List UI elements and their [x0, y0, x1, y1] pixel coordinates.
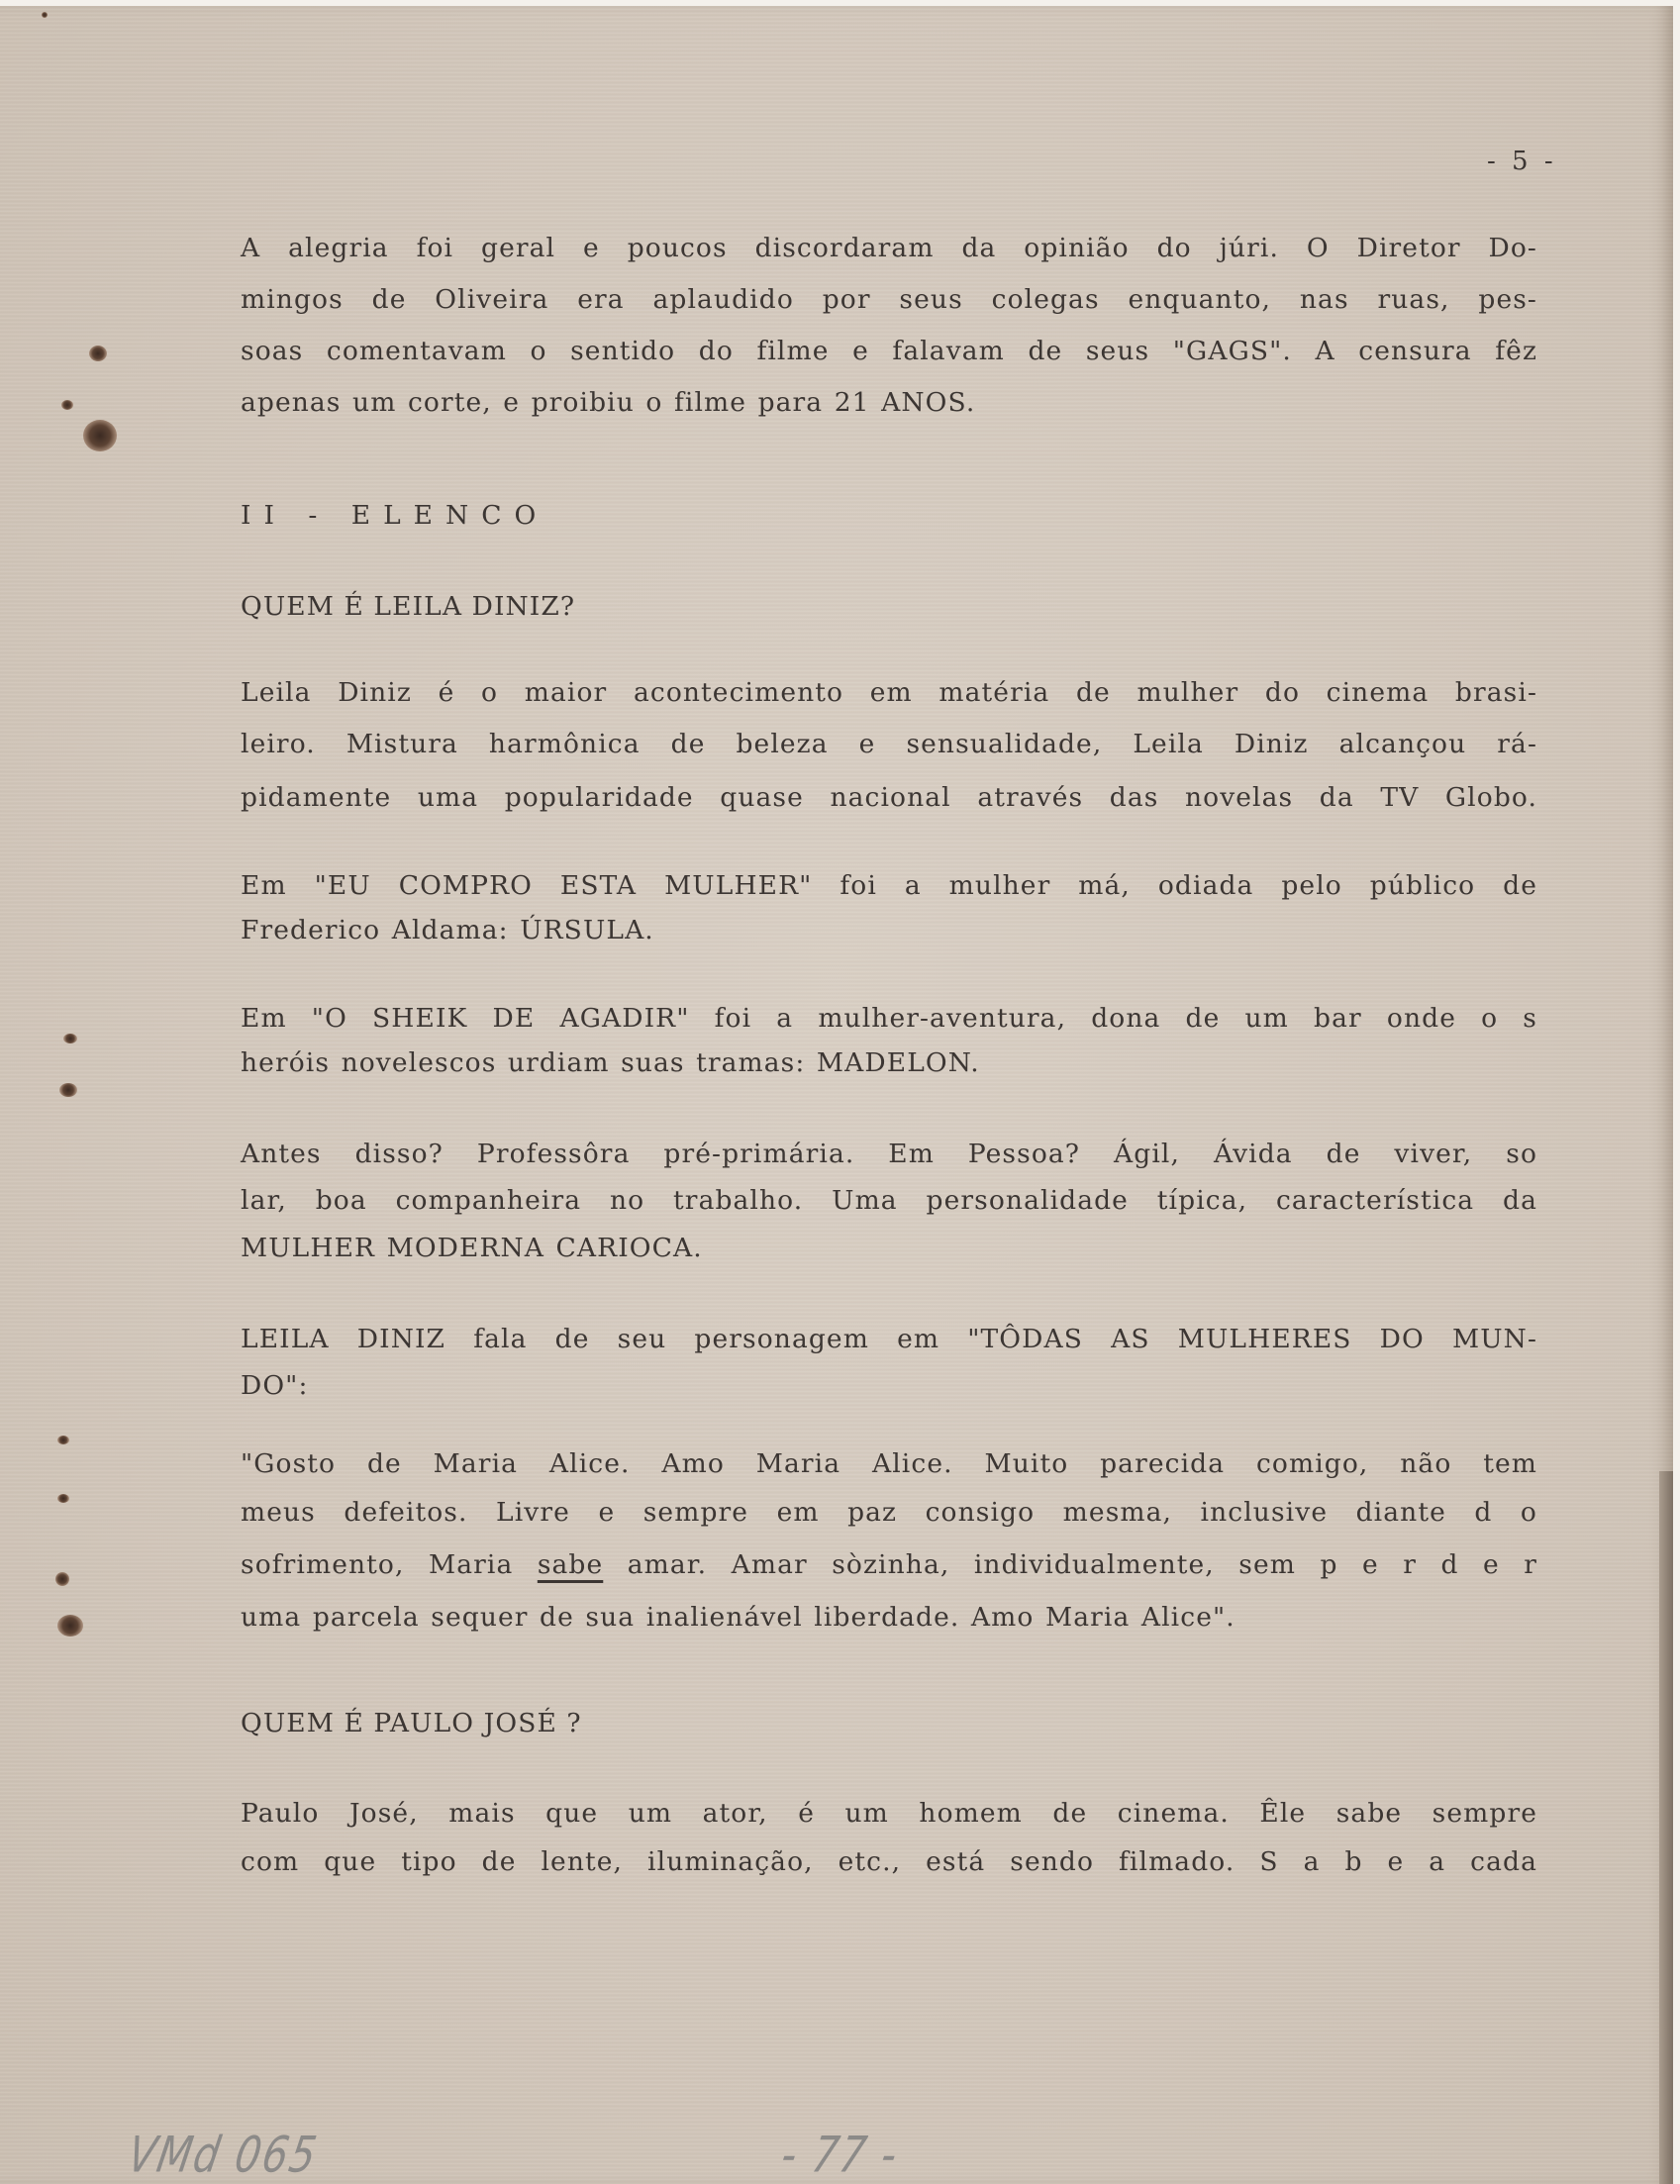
stain-mark [57, 1436, 69, 1444]
text-line: Em "EU COMPRO ESTA MULHER" foi a mulher … [241, 869, 1537, 903]
stain-mark [61, 400, 73, 410]
heading-paulo-jose: QUEM É PAULO JOSÉ ? [241, 1707, 582, 1740]
text-line: sofrimento, Maria sabe amar. Amar sòzinh… [241, 1548, 1537, 1582]
handwritten-archive-code: VMd 065 [124, 2127, 322, 2184]
text-line: LEILA DINIZ fala de seu personagem em "T… [241, 1323, 1537, 1356]
text-line: mingos de Oliveira era aplaudido por seu… [241, 283, 1537, 317]
stain-mark [42, 12, 48, 18]
text-fragment: sofrimento, Maria [241, 1549, 538, 1580]
stain-mark [89, 346, 107, 361]
text-line: Leila Diniz é o maior acontecimento em m… [241, 676, 1537, 710]
stain-mark [63, 1034, 77, 1043]
stain-mark [57, 1494, 69, 1503]
text-line: MULHER MODERNA CARIOCA. [241, 1232, 703, 1265]
text-line: soas comentavam o sentido do filme e fal… [241, 335, 1537, 368]
heading-leila-diniz: QUEM É LEILA DINIZ? [241, 590, 575, 624]
text-line: com que tipo de lente, iluminação, etc.,… [241, 1845, 1537, 1879]
text-line: heróis novelescos urdiam suas tramas: MA… [241, 1046, 980, 1080]
text-fragment: amar. Amar sòzinha, individualmente, sem… [603, 1549, 1537, 1580]
page-edge-shadow [1659, 1471, 1673, 2184]
stain-mark [57, 1615, 83, 1637]
text-line: meus defeitos. Livre e sempre em paz con… [241, 1496, 1537, 1530]
stain-mark [55, 1572, 69, 1586]
page-number: - 5 - [1487, 147, 1557, 176]
text-line: "Gosto de Maria Alice. Amo Maria Alice. … [241, 1447, 1537, 1481]
text-line: DO": [241, 1369, 309, 1403]
text-line: lar, boa companheira no trabalho. Uma pe… [241, 1184, 1537, 1218]
text-line: Frederico Aldama: ÚRSULA. [241, 914, 654, 947]
stain-mark [83, 420, 117, 451]
text-line: apenas um corte, e proibiu o filme para … [241, 386, 975, 420]
text-line: uma parcela sequer de sua inalienável li… [241, 1601, 1235, 1635]
handwritten-folio-number: - 77 - [777, 2127, 903, 2184]
text-line: Paulo José, mais que um ator, é um homem… [241, 1797, 1537, 1831]
section-title: II - ELENCO [241, 499, 548, 533]
text-line: Antes disso? Professôra pré-primária. Em… [241, 1138, 1537, 1171]
underlined-word: sabe [538, 1549, 603, 1580]
text-line: leiro. Mistura harmônica de beleza e sen… [241, 728, 1537, 761]
stain-mark [59, 1083, 77, 1097]
text-line: A alegria foi geral e poucos discordaram… [241, 232, 1537, 265]
document-page: - 5 - A alegria foi geral e poucos disco… [0, 6, 1673, 2184]
text-line: pidamente uma popularidade quase naciona… [241, 781, 1537, 815]
text-line: Em "O SHEIK DE AGADIR" foi a mulher-aven… [241, 1002, 1537, 1036]
